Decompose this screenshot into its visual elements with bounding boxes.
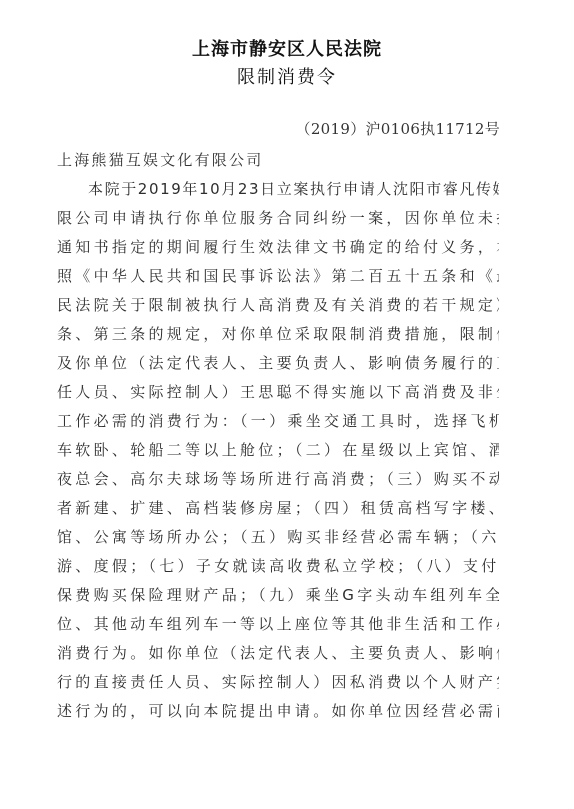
body-line: 消费行为。如你单位（法定代表人、主要负责人、影响债务履: [57, 639, 499, 668]
body-line: 照《中华人民共和国民事诉讼法》第二百五十五条和《最高人: [57, 262, 499, 291]
recipient-name: 上海熊猫互娱文化有限公司: [57, 149, 263, 170]
body-line: 本院于2019年10月23日立案执行申请人沈阳市睿凡传媒有: [57, 175, 499, 204]
body-line: 限公司申请执行你单位服务合同纠纷一案，因你单位未按执行: [57, 204, 499, 233]
body-line: 行的直接责任人员、实际控制人）因私消费以个人财产实施前: [57, 668, 499, 697]
body-line: 通知书指定的期间履行生效法律文书确定的给付义务，本院依: [57, 233, 499, 262]
body-line: 者新建、扩建、高档装修房屋；（四）租赁高档写字楼、宾: [57, 494, 499, 523]
document-title: 限制消费令: [0, 63, 574, 89]
body-line: 保费购买保险理财产品；（九）乘坐G字头动车组列车全部座: [57, 581, 499, 610]
body-line: 游、度假；（七）子女就读高收费私立学校；（八）支付高额: [57, 552, 499, 581]
body-line: 夜总会、高尔夫球场等场所进行高消费；（三）购买不动产或: [57, 465, 499, 494]
body-line: 工作必需的消费行为：（一）乘坐交通工具时，选择飞机、列: [57, 407, 499, 436]
order-body: 本院于2019年10月23日立案执行申请人沈阳市睿凡传媒有 限公司申请执行你单位…: [57, 175, 499, 726]
court-name: 上海市静安区人民法院: [0, 35, 574, 61]
case-number: （2019）沪0106执11712号: [296, 118, 500, 139]
body-line: 任人员、实际控制人）王思聪不得实施以下高消费及非生活和: [57, 378, 499, 407]
body-line: 民法院关于限制被执行人高消费及有关消费的若干规定》第一: [57, 291, 499, 320]
body-line: 及你单位（法定代表人、主要负责人、影响债务履行的直接责: [57, 349, 499, 378]
body-line: 馆、公寓等场所办公；（五）购买非经营必需车辆；（六）旅: [57, 523, 499, 552]
body-line: 位、其他动车组列车一等以上座位等其他非生活和工作必需的: [57, 610, 499, 639]
body-line: 车软卧、轮船二等以上舱位；（二）在星级以上宾馆、酒店、: [57, 436, 499, 465]
body-line: 条、第三条的规定，对你单位采取限制消费措施，限制你单位: [57, 320, 499, 349]
body-line: 述行为的，可以向本院提出申请。如你单位因经营必需而进行: [57, 697, 499, 726]
